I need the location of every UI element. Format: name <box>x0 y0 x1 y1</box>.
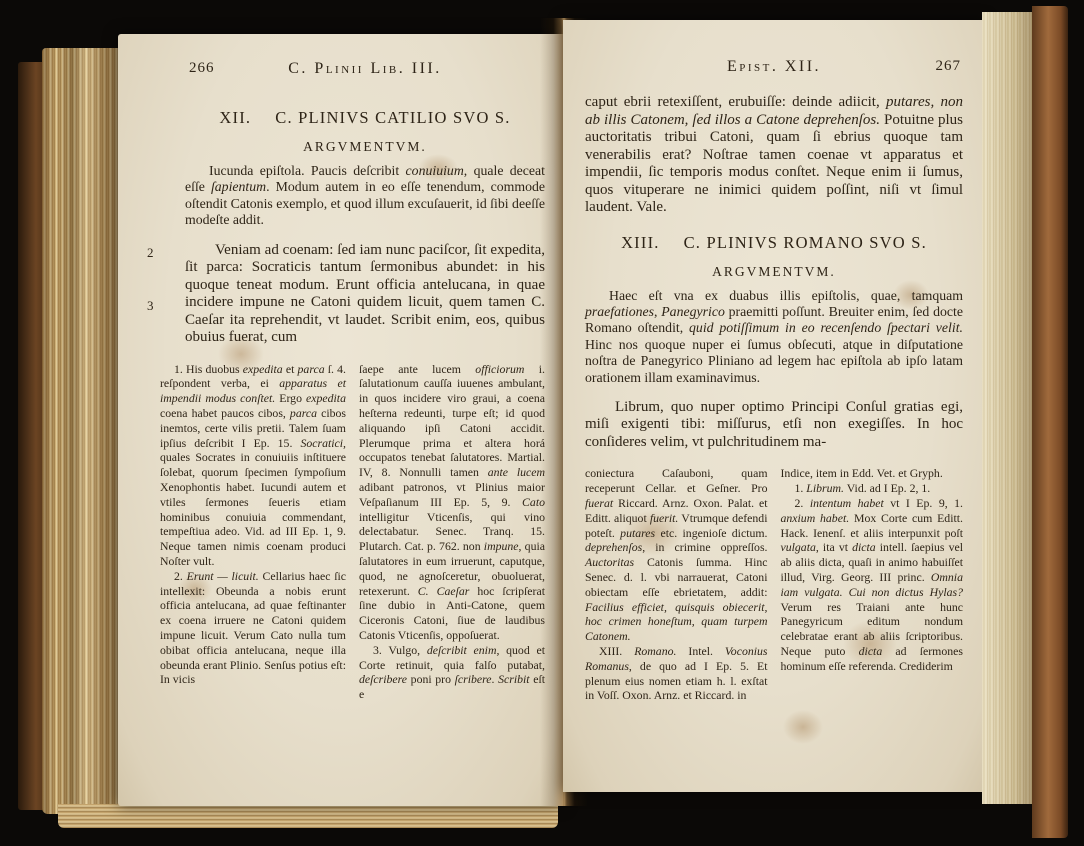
footnote-column-1: coniectura Caſauboni, quam receperunt Ce… <box>585 466 768 703</box>
book-page-edges-left <box>42 48 122 814</box>
section-number: XIII. <box>621 233 660 252</box>
section-title: C. PLINIVS CATILIO SVO S. <box>275 108 510 127</box>
footnote-paragraph: coniectura Caſauboni, quam receperunt Ce… <box>585 466 768 644</box>
argumentum-label: ARGVMENTVM. <box>585 264 963 280</box>
margin-note: 2 <box>147 245 154 261</box>
footnote-column-1: 1. His duobus expedita et parca ſ. 4. re… <box>160 362 346 702</box>
footnote-paragraph: 1. His duobus expedita et parca ſ. 4. re… <box>160 362 346 569</box>
margin-note: 3 <box>147 298 154 314</box>
section-number: XII. <box>219 108 251 127</box>
section-heading-xii: XII.C. PLINIVS CATILIO SVO S. <box>185 108 545 128</box>
footnote-column-2: Indice, item in Edd. Vet. et Gryph.1. Li… <box>781 466 964 703</box>
footnote-paragraph: Indice, item in Edd. Vet. et Gryph. <box>781 466 964 481</box>
running-head: Epist. XII. <box>585 58 963 76</box>
body-text-continued: caput ebrii retexiſſent, erubuiſſe: dein… <box>585 94 963 217</box>
footnotes-block: coniectura Caſauboni, quam receperunt Ce… <box>585 466 963 703</box>
page-header-left: 266 C. Plinii Lib. III. <box>185 60 545 80</box>
page-number: 267 <box>936 58 962 75</box>
page-left: 266 C. Plinii Lib. III. XII.C. PLINIVS C… <box>118 34 563 806</box>
footnote-paragraph: ſaepe ante lucem officiorum i. ſalutatio… <box>359 362 545 643</box>
page-header-right: Epist. XII. 267 <box>585 58 963 78</box>
page-right: Epist. XII. 267 caput ebrii retexiſſent,… <box>563 20 985 792</box>
section-title: C. PLINIVS ROMANO SVO S. <box>684 233 927 252</box>
photo-background: 266 C. Plinii Lib. III. XII.C. PLINIVS C… <box>0 0 1084 846</box>
footnote-paragraph: 2. intentum habet vt I Ep. 9, 1. anxium … <box>781 496 964 674</box>
footnote-paragraph: 1. Librum. Vid. ad I Ep. 2, 1. <box>781 481 964 496</box>
body-text: Veniam ad coenam: ſed iam nunc paciſcor,… <box>185 242 545 347</box>
book-page-edges-right <box>982 12 1036 804</box>
footnote-paragraph: 2. Erunt — licuit. Cellarius haec ſic in… <box>160 569 346 687</box>
footnotes-block: 1. His duobus expedita et parca ſ. 4. re… <box>160 362 545 702</box>
argumentum-text: Iucunda epiſtola. Paucis deſcribit conui… <box>185 163 545 229</box>
book-cover-right <box>1032 6 1068 838</box>
section-heading-xiii: XIII.C. PLINIVS ROMANO SVO S. <box>585 233 963 253</box>
body-text: Librum, quo nuper optimo Principi Conſul… <box>585 399 963 452</box>
footnote-column-2: ſaepe ante lucem officiorum i. ſalutatio… <box>359 362 545 702</box>
running-head: C. Plinii Lib. III. <box>185 60 545 78</box>
argumentum-text: Haec eſt vna ex duabus illis epiſtolis, … <box>585 288 963 386</box>
footnote-paragraph: XIII. Romano. Intel. Voconius Romanus, d… <box>585 644 768 703</box>
footnote-paragraph: 3. Vulgo, deſcribit enim, quod et Corte … <box>359 643 545 702</box>
argumentum-label: ARGVMENTVM. <box>185 139 545 155</box>
